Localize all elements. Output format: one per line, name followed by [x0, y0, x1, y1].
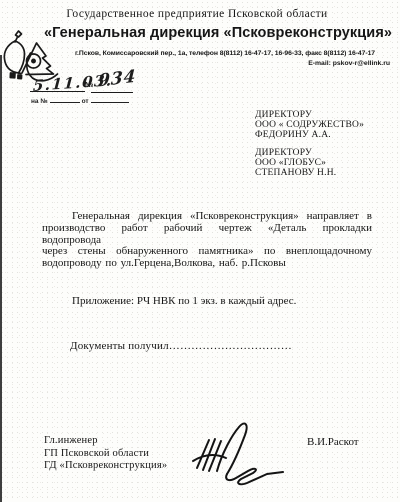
recipient-sodruzhestvo: ДИРЕКТОРУ ООО « СОДРУЖЕСТВО» ФЕДОРИНУ А.… [255, 110, 364, 141]
recipient-title: ДИРЕКТОРУ [255, 148, 364, 158]
documents-received-line: Документы получил…………………………… [70, 340, 292, 352]
handwritten-outgoing-number: 934 [98, 67, 137, 92]
org-email-line: E-mail: pskov-r@ellink.ru [200, 60, 390, 67]
recipient-company: ООО « СОДРУЖЕСТВО» [255, 120, 364, 130]
signer-org: ГП Псковской области [44, 448, 167, 461]
date-underline [30, 91, 85, 92]
signer-name: В.И.Раскот [307, 436, 359, 448]
reply-infix: от [82, 98, 89, 105]
number-underline [91, 92, 133, 93]
reply-reference-line: на №от [31, 96, 129, 105]
scanned-letter: { "letterhead": { "org_type": "Государст… [0, 0, 400, 502]
number-sign: № [85, 80, 93, 89]
org-name-title: «Генеральная дирекция «Псковреконструкци… [36, 25, 400, 41]
recipient-company: ООО «ГЛОБУС» [255, 158, 364, 168]
recipient-person: ФЕДОРИНУ А.А. [255, 130, 364, 140]
signer-position-block: Гл.инженер ГП Псковской области ГД «Пско… [44, 435, 167, 473]
recipient-person: СТЕПАНОВУ Н.Н. [255, 168, 364, 178]
signer-position: Гл.инженер [44, 435, 167, 448]
handwritten-signature [176, 411, 288, 489]
org-address-line: г.Псков, Комиссаровский пер., 1а, телефо… [55, 50, 395, 57]
org-type-line: Государственное предприятие Псковской об… [0, 8, 394, 20]
scan-edge-artifact [0, 55, 2, 502]
reply-prefix: на № [31, 98, 48, 105]
body-line: производство работ рабочий чертеж «Детал… [42, 223, 372, 247]
recipient-globus: ДИРЕКТОРУ ООО «ГЛОБУС» СТЕПАНОВУ Н.Н. [255, 148, 364, 179]
body-line: водопроводу по ул.Герцена,Волкова, наб. … [42, 258, 372, 270]
recipient-title: ДИРЕКТОРУ [255, 110, 364, 120]
reply-date-blank [91, 96, 129, 103]
attachment-line: Приложение: РЧ НВК по 1 экз. в каждый ад… [72, 295, 296, 307]
letter-body: Генеральная дирекция «Псковреконструкция… [42, 211, 372, 270]
reply-number-blank [50, 96, 80, 103]
signer-org2: ГД «Псковреконструкция» [44, 460, 167, 473]
recipients-block: ДИРЕКТОРУ ООО « СОДРУЖЕСТВО» ФЕДОРИНУ А.… [255, 110, 364, 185]
